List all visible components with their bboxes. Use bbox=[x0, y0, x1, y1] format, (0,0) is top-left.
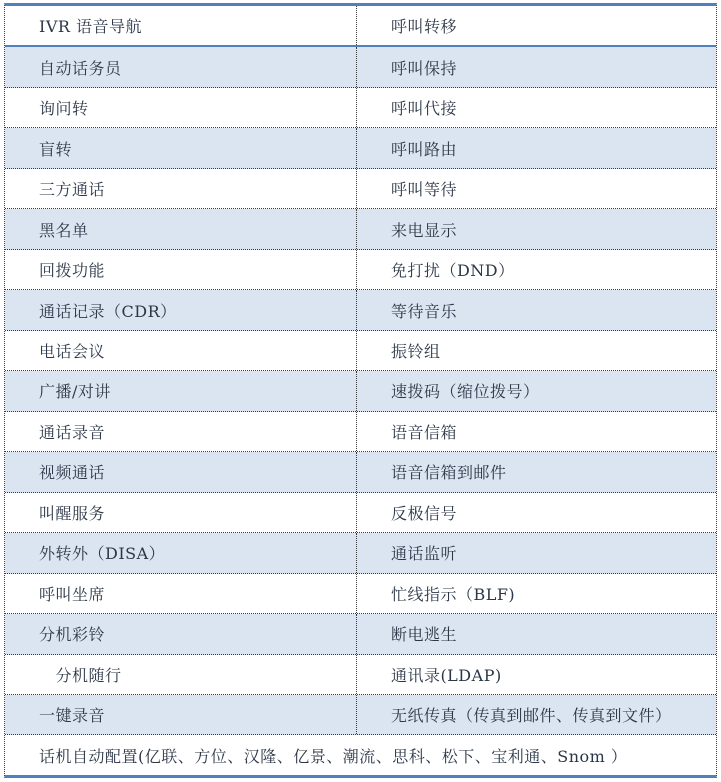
feature-cell-left: 通话录音 bbox=[5, 412, 357, 451]
table-row: 询问转呼叫代接 bbox=[5, 88, 716, 128]
feature-cell-left: 视频通话 bbox=[5, 452, 357, 491]
table-row: 回拨功能免打扰（DND） bbox=[5, 250, 716, 290]
feature-cell-right: 反极信号 bbox=[357, 493, 716, 532]
table-row: 叫醒服务反极信号 bbox=[5, 493, 716, 533]
feature-cell-right: 呼叫等待 bbox=[357, 169, 716, 208]
footer-cell: 话机自动配置(亿联、方位、汉隆、亿景、潮流、思科、松下、宝利通、Snom ） bbox=[5, 735, 716, 774]
table-row: 通话记录（CDR）等待音乐 bbox=[5, 290, 716, 330]
feature-cell-right: 免打扰（DND） bbox=[357, 250, 716, 289]
feature-cell-right: 忙线指示（BLF) bbox=[357, 574, 716, 613]
feature-cell-left: 广播/对讲 bbox=[5, 371, 357, 410]
feature-cell-left: 外转外（DISA） bbox=[5, 533, 357, 572]
feature-cell-right: 通讯录(LDAP) bbox=[357, 655, 716, 694]
feature-cell-right: 等待音乐 bbox=[357, 290, 716, 329]
features-table: IVR 语音导航呼叫转移自动话务员呼叫保持询问转呼叫代接盲转呼叫路由三方通话呼叫… bbox=[4, 3, 717, 778]
feature-cell-left: 分机彩铃 bbox=[5, 614, 357, 653]
feature-cell-right: 无纸传真（传真到邮件、传真到文件） bbox=[357, 695, 716, 734]
table-row: 盲转呼叫路由 bbox=[5, 128, 716, 168]
feature-cell-left: 分机随行 bbox=[5, 655, 357, 694]
feature-cell-right: 来电显示 bbox=[357, 209, 716, 248]
feature-cell-left: 黑名单 bbox=[5, 209, 357, 248]
feature-cell-right: 语音信箱 bbox=[357, 412, 716, 451]
feature-cell-left: 叫醒服务 bbox=[5, 493, 357, 532]
table-row: 黑名单来电显示 bbox=[5, 209, 716, 249]
table-row: 自动话务员呼叫保持 bbox=[5, 47, 716, 87]
table-row-footer: 话机自动配置(亿联、方位、汉隆、亿景、潮流、思科、松下、宝利通、Snom ） bbox=[5, 735, 716, 774]
feature-cell-left: 自动话务员 bbox=[5, 47, 357, 86]
table-row: 通话录音语音信箱 bbox=[5, 412, 716, 452]
feature-cell-left: 询问转 bbox=[5, 88, 357, 127]
feature-cell-left: 一键录音 bbox=[5, 695, 357, 734]
feature-cell-right: 呼叫转移 bbox=[357, 6, 716, 45]
feature-cell-left: IVR 语音导航 bbox=[5, 6, 357, 45]
feature-cell-right: 速拨码（缩位拨号） bbox=[357, 371, 716, 410]
table-row: 分机随行通讯录(LDAP) bbox=[5, 655, 716, 695]
table-row: 外转外（DISA）通话监听 bbox=[5, 533, 716, 573]
feature-cell-left: 通话记录（CDR） bbox=[5, 290, 357, 329]
table-row: 视频通话语音信箱到邮件 bbox=[5, 452, 716, 492]
feature-cell-right: 呼叫路由 bbox=[357, 128, 716, 167]
feature-cell-right: 振铃组 bbox=[357, 331, 716, 370]
feature-cell-left: 呼叫坐席 bbox=[5, 574, 357, 613]
feature-cell-right: 呼叫保持 bbox=[357, 47, 716, 86]
feature-cell-right: 断电逃生 bbox=[357, 614, 716, 653]
feature-cell-right: 呼叫代接 bbox=[357, 88, 716, 127]
table-row: 三方通话呼叫等待 bbox=[5, 169, 716, 209]
table-row: IVR 语音导航呼叫转移 bbox=[5, 6, 716, 47]
feature-cell-right: 通话监听 bbox=[357, 533, 716, 572]
feature-cell-left: 盲转 bbox=[5, 128, 357, 167]
table-row: 分机彩铃断电逃生 bbox=[5, 614, 716, 654]
feature-cell-left: 回拨功能 bbox=[5, 250, 357, 289]
table-row: 一键录音无纸传真（传真到邮件、传真到文件） bbox=[5, 695, 716, 735]
feature-cell-right: 语音信箱到邮件 bbox=[357, 452, 716, 491]
table-row: 电话会议振铃组 bbox=[5, 331, 716, 371]
table-row: 广播/对讲速拨码（缩位拨号） bbox=[5, 371, 716, 411]
feature-cell-left: 电话会议 bbox=[5, 331, 357, 370]
table-row: 呼叫坐席忙线指示（BLF) bbox=[5, 574, 716, 614]
feature-cell-left: 三方通话 bbox=[5, 169, 357, 208]
